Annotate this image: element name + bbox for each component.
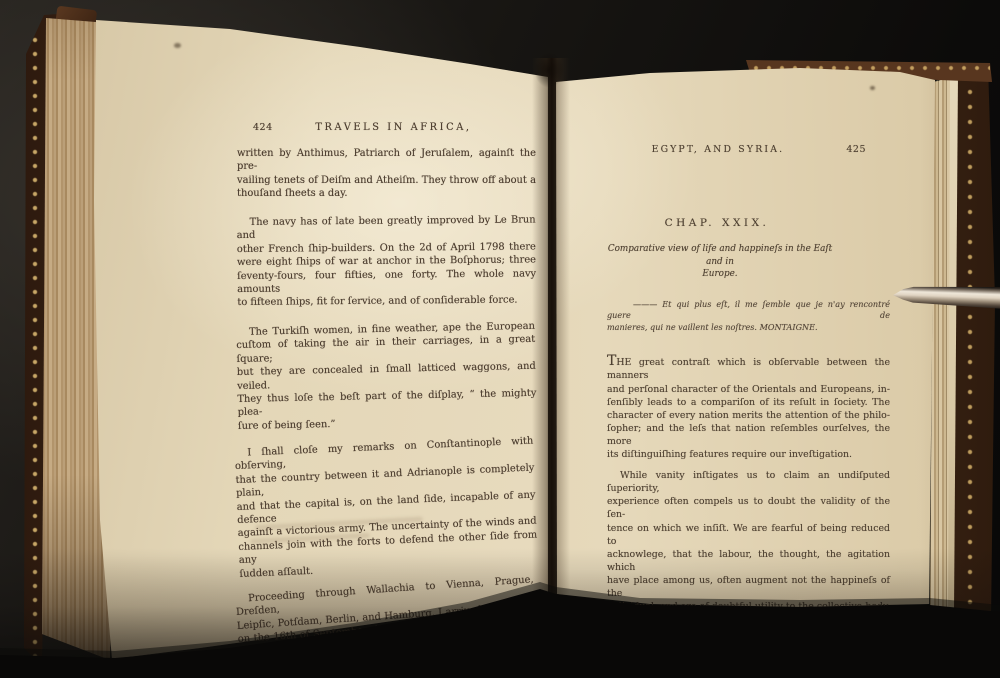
book-photograph: 424 TRAVELS IN AFRICA, written by Anthim… — [0, 0, 1000, 678]
chapter-heading: CHAP. XXIX. — [607, 217, 827, 230]
paper-fleck — [174, 43, 181, 48]
epigraph: ——— Et qui plus eſt, il me ſemble que je… — [607, 299, 890, 334]
right-page-number: 425 — [846, 143, 866, 156]
paragraph: The Turkiſh women, in fine weather, ape … — [236, 320, 537, 433]
paragraph: written by Anthimus, Patriarch of Jeruſa… — [237, 147, 536, 201]
chapter-subtitle: Comparative view of life and happineſs i… — [607, 243, 833, 281]
right-page-header: EGYPT, AND SYRIA. 425 — [607, 143, 890, 159]
left-page-header: 424 TRAVELS IN AFRICA, — [237, 121, 536, 137]
paragraph: THE great contraſt which is obſervable b… — [607, 355, 890, 461]
left-running-head: TRAVELS IN AFRICA, — [277, 121, 510, 134]
paper-fleck — [870, 86, 875, 90]
gutter-top-shadow — [534, 52, 564, 88]
paragraph: The navy has of late been greatly improv… — [237, 213, 537, 309]
left-page-number: 424 — [253, 121, 273, 134]
right-running-head: EGYPT, AND SYRIA. — [607, 143, 829, 156]
gutter-shadow — [532, 58, 570, 606]
